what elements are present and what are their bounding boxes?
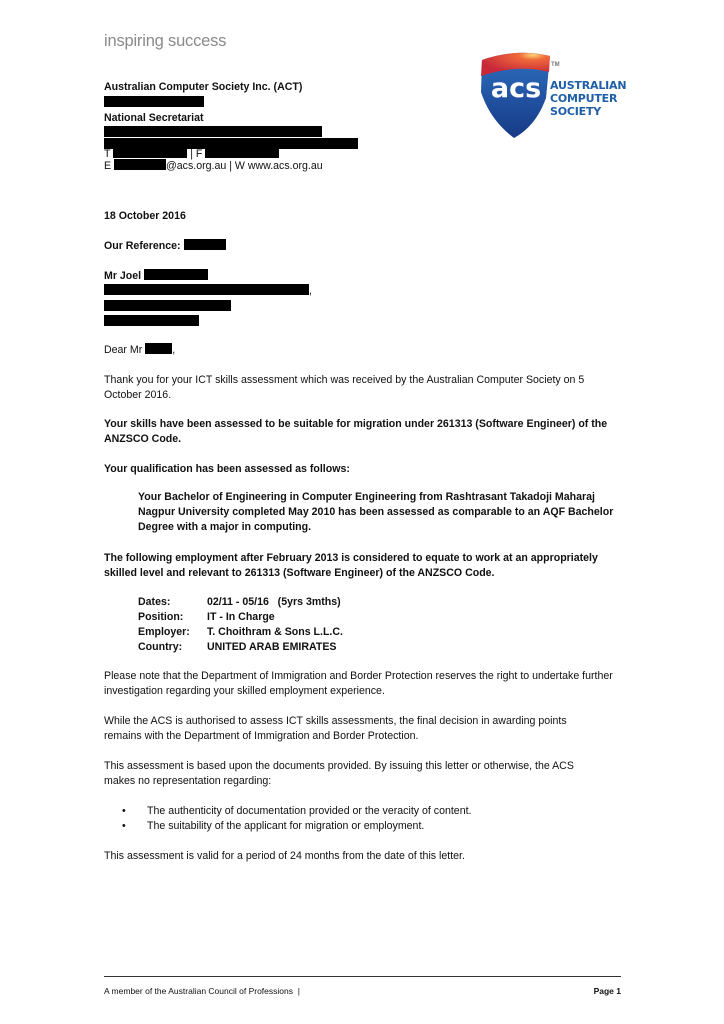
employment-label: Dates: — [138, 595, 207, 610]
bullet-text: The suitability of the applicant for mig… — [147, 820, 424, 832]
acs-shield-icon: acs — [476, 50, 556, 140]
redacted-salutation-name — [145, 343, 172, 354]
redacted-email-user — [114, 159, 166, 170]
svg-text:acs: acs — [491, 73, 541, 104]
email-web-line: E @acs.org.au | W www.acs.org.au — [104, 159, 323, 174]
outcome-paragraph: Your skills have been assessed to be sui… — [104, 417, 624, 447]
logo-line-3: SOCIETY — [550, 105, 626, 118]
reference-line: Our Reference: — [104, 239, 226, 254]
disclaimer-bullet: •The suitability of the applicant for mi… — [122, 819, 424, 834]
tagline: inspiring success — [104, 34, 226, 49]
disclaimer-bullet: •The authenticity of documentation provi… — [122, 804, 471, 819]
logo-line-2: COMPUTER — [550, 92, 626, 105]
employment-row-dates: Dates:02/11 - 05/16 (5yrs 3mths) — [138, 595, 341, 610]
logo-line-1: AUSTRALIAN — [550, 79, 626, 92]
footer-divider — [104, 976, 621, 977]
employment-label: Country: — [138, 640, 207, 655]
trademark-mark: TM — [551, 58, 560, 73]
redacted-recipient-address-3 — [104, 315, 199, 326]
redacted-address-line-1 — [104, 126, 322, 137]
redacted-recipient-address-2 — [104, 300, 231, 311]
footer-membership: A member of the Australian Council of Pr… — [104, 984, 300, 999]
employment-value: IT - In Charge — [207, 611, 275, 623]
basis-note-paragraph: This assessment is based upon the docume… — [104, 759, 604, 789]
salutation: Dear Mr , — [104, 343, 175, 358]
reference-label: Our Reference: — [104, 240, 181, 252]
org-name: Australian Computer Society Inc. (ACT) — [104, 80, 302, 95]
bullet-icon: • — [122, 819, 147, 834]
recipient-name-line: Mr Joel — [104, 269, 208, 284]
email-label: E — [104, 160, 111, 172]
bullet-icon: • — [122, 804, 147, 819]
redacted-address — [104, 96, 204, 107]
letter-date: 18 October 2016 — [104, 209, 186, 224]
employment-heading: The following employment after February … — [104, 551, 619, 581]
redacted-reference — [184, 239, 226, 250]
qualification-detail: Your Bachelor of Engineering in Computer… — [138, 490, 616, 535]
intro-paragraph: Thank you for your ICT skills assessment… — [104, 373, 624, 403]
email-domain-web[interactable]: @acs.org.au | W www.acs.org.au — [166, 160, 323, 172]
employment-value: UNITED ARAB EMIRATES — [207, 641, 336, 653]
employment-value: 02/11 - 05/16 (5yrs 3mths) — [207, 596, 341, 608]
redacted-address — [104, 284, 309, 295]
redacted-phone — [113, 147, 187, 158]
employment-row-country: Country:UNITED ARAB EMIRATES — [138, 640, 336, 655]
recipient-name: Mr Joel — [104, 270, 141, 282]
employment-value: T. Choithram & Sons L.L.C. — [207, 626, 343, 638]
validity-paragraph: This assessment is valid for a period of… — [104, 849, 624, 864]
logo-wordmark: AUSTRALIAN COMPUTER SOCIETY — [550, 79, 626, 118]
department-name: National Secretariat — [104, 111, 204, 126]
dibp-note-paragraph: Please note that the Department of Immig… — [104, 669, 619, 699]
salutation-prefix: Dear Mr — [104, 344, 142, 356]
redacted-fax — [205, 147, 279, 158]
recipient-address-1: , — [104, 284, 312, 299]
qualification-heading: Your qualification has been assessed as … — [104, 462, 624, 477]
bullet-text: The authenticity of documentation provid… — [147, 805, 471, 817]
employment-label: Position: — [138, 610, 207, 625]
page-number: Page 1 — [594, 984, 621, 999]
redacted-surname — [144, 269, 208, 280]
employment-row-position: Position:IT - In Charge — [138, 610, 275, 625]
employment-row-employer: Employer:T. Choithram & Sons L.L.C. — [138, 625, 343, 640]
employment-label: Employer: — [138, 625, 207, 640]
points-note-paragraph: While the ACS is authorised to assess IC… — [104, 714, 594, 744]
